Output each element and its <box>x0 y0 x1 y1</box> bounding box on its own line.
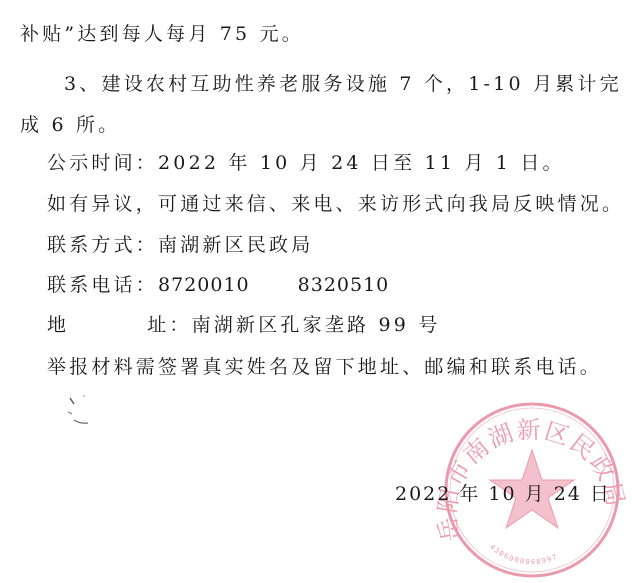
contact-method-label: 联系方式： <box>47 234 158 256</box>
paragraph-item-3-cont: 成 6 所。 <box>20 113 120 137</box>
paragraph-subsidy-end: 补贴”达到每人每月 75 元。 <box>20 22 304 46</box>
document-page: 补贴”达到每人每月 75 元。 3、建设农村互助性养老服务设施 7 个，1-10… <box>0 0 632 583</box>
contact-method-value: 南湖新区民政局 <box>158 234 313 256</box>
report-note: 举报材料需签署真实姓名及留下地址、邮编和联系电话。 <box>47 355 602 379</box>
document-date: 2022 年 10 月 24 日 <box>395 482 611 506</box>
contact-phone-2: 8320510 <box>298 274 390 296</box>
objection-instructions: 如有异议，可通过来信、来电、来访形式向我局反映情况。 <box>47 192 624 216</box>
svg-text:4306000068997: 4306000068997 <box>488 543 560 567</box>
contact-method: 联系方式：南湖新区民政局 <box>47 233 313 257</box>
paragraph-item-3: 3、建设农村互助性养老服务设施 7 个，1-10 月累计完 <box>64 72 622 96</box>
contact-phone-label: 联系电话： <box>47 274 158 296</box>
address-value: 南湖新区孔家垄路 99 号 <box>192 314 441 336</box>
scan-smudge-icon <box>62 390 102 440</box>
contact-phone-1: 8720010 <box>158 274 250 296</box>
announcement-period: 公示时间：2022 年 10 月 24 日至 11 月 1 日。 <box>47 151 565 175</box>
contact-address: 地址：南湖新区孔家垄路 99 号 <box>47 313 440 337</box>
address-label-2: 址： <box>147 314 191 336</box>
address-label-1: 地 <box>47 314 69 336</box>
contact-phone: 联系电话：87200108320510 <box>47 273 389 297</box>
